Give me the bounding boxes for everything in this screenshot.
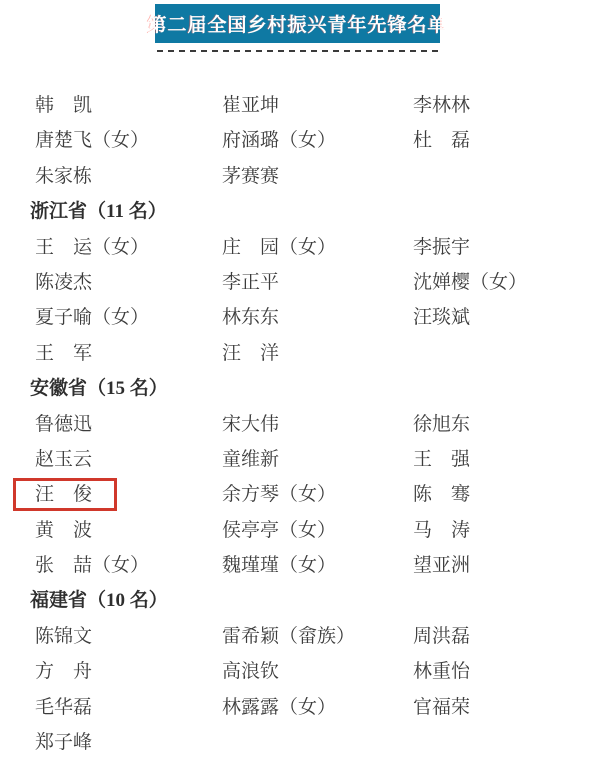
name-row: 韩 凯崔亚坤李林林 [0, 88, 591, 123]
name-cell: 朱家栋 [35, 159, 92, 194]
section-header-row: 安徽省（15 名） [0, 371, 591, 406]
name-cell: 李林林 [413, 88, 470, 123]
page-title: 第二届全国乡村振兴青年先锋名单 [148, 10, 448, 37]
name-cell: 陈 骞 [413, 477, 470, 512]
name-cell: 余方琴（女） [222, 477, 336, 512]
highlight-box [13, 478, 117, 511]
dashed-divider [157, 50, 438, 52]
name-row: 方 舟高浪钦林重怡 [0, 654, 591, 689]
name-cell: 周洪磊 [413, 619, 470, 654]
name-cell: 方 舟 [35, 654, 92, 689]
name-cell: 李正平 [222, 265, 279, 300]
name-roster: 韩 凯崔亚坤李林林唐楚飞（女）府涵璐（女）杜 磊朱家栋茅赛赛浙江省（11 名）王… [0, 88, 591, 760]
name-cell: 林东东 [222, 300, 279, 335]
section-header: 安徽省（15 名） [30, 371, 168, 406]
name-cell: 李振宇 [413, 230, 470, 265]
name-row: 鲁德迅宋大伟徐旭东 [0, 407, 591, 442]
name-cell: 马 涛 [413, 513, 470, 548]
name-cell: 望亚洲 [413, 548, 470, 583]
name-cell: 府涵璐（女） [222, 123, 336, 158]
name-cell: 官福荣 [413, 690, 470, 725]
name-row: 赵玉云童维新王 强 [0, 442, 591, 477]
name-row: 唐楚飞（女）府涵璐（女）杜 磊 [0, 123, 591, 158]
name-cell: 陈凌杰 [35, 265, 92, 300]
name-cell: 陈锦文 [35, 619, 92, 654]
section-header: 福建省（10 名） [30, 583, 168, 618]
name-cell: 汪琰斌 [413, 300, 470, 335]
name-row: 陈凌杰李正平沈婵樱（女） [0, 265, 591, 300]
name-row: 朱家栋茅赛赛 [0, 159, 591, 194]
section-header: 浙江省（11 名） [30, 194, 167, 229]
name-cell: 郑子峰 [35, 725, 92, 760]
name-cell: 宋大伟 [222, 407, 279, 442]
name-cell: 杜 磊 [413, 123, 470, 158]
name-cell: 侯亭亭（女） [222, 513, 336, 548]
name-cell: 赵玉云 [35, 442, 92, 477]
name-cell: 童维新 [222, 442, 279, 477]
name-cell: 雷希颖（畲族） [222, 619, 355, 654]
name-cell: 韩 凯 [35, 88, 92, 123]
name-cell: 王 运（女） [35, 230, 149, 265]
name-cell: 崔亚坤 [222, 88, 279, 123]
name-cell: 高浪钦 [222, 654, 279, 689]
name-row: 黄 波侯亭亭（女）马 涛 [0, 513, 591, 548]
name-cell: 唐楚飞（女） [35, 123, 149, 158]
name-row: 夏子喻（女）林东东汪琰斌 [0, 300, 591, 335]
name-cell: 汪 洋 [222, 336, 279, 371]
name-cell: 沈婵樱（女） [413, 265, 527, 300]
name-cell: 夏子喻（女） [35, 300, 149, 335]
document-title-banner: 第二届全国乡村振兴青年先锋名单 [155, 4, 440, 43]
name-row: 郑子峰 [0, 725, 591, 760]
name-cell: 庄 园（女） [222, 230, 336, 265]
name-cell: 茅赛赛 [222, 159, 279, 194]
name-cell: 林露露（女） [222, 690, 336, 725]
name-cell: 林重怡 [413, 654, 470, 689]
name-row: 毛华磊林露露（女）官福荣 [0, 690, 591, 725]
section-header-row: 浙江省（11 名） [0, 194, 591, 229]
name-cell: 黄 波 [35, 513, 92, 548]
name-row: 王 军汪 洋 [0, 336, 591, 371]
name-cell: 徐旭东 [413, 407, 470, 442]
name-row: 王 运（女）庄 园（女）李振宇 [0, 230, 591, 265]
name-cell: 毛华磊 [35, 690, 92, 725]
name-cell: 王 强 [413, 442, 470, 477]
name-cell: 张 喆（女） [35, 548, 149, 583]
scanned-document-page: 第二届全国乡村振兴青年先锋名单 韩 凯崔亚坤李林林唐楚飞（女）府涵璐（女）杜 磊… [0, 0, 591, 765]
name-cell: 王 军 [35, 336, 92, 371]
name-cell: 鲁德迅 [35, 407, 92, 442]
section-header-row: 福建省（10 名） [0, 583, 591, 618]
name-cell: 魏瑾瑾（女） [222, 548, 336, 583]
name-row: 陈锦文雷希颖（畲族）周洪磊 [0, 619, 591, 654]
name-row: 张 喆（女）魏瑾瑾（女）望亚洲 [0, 548, 591, 583]
